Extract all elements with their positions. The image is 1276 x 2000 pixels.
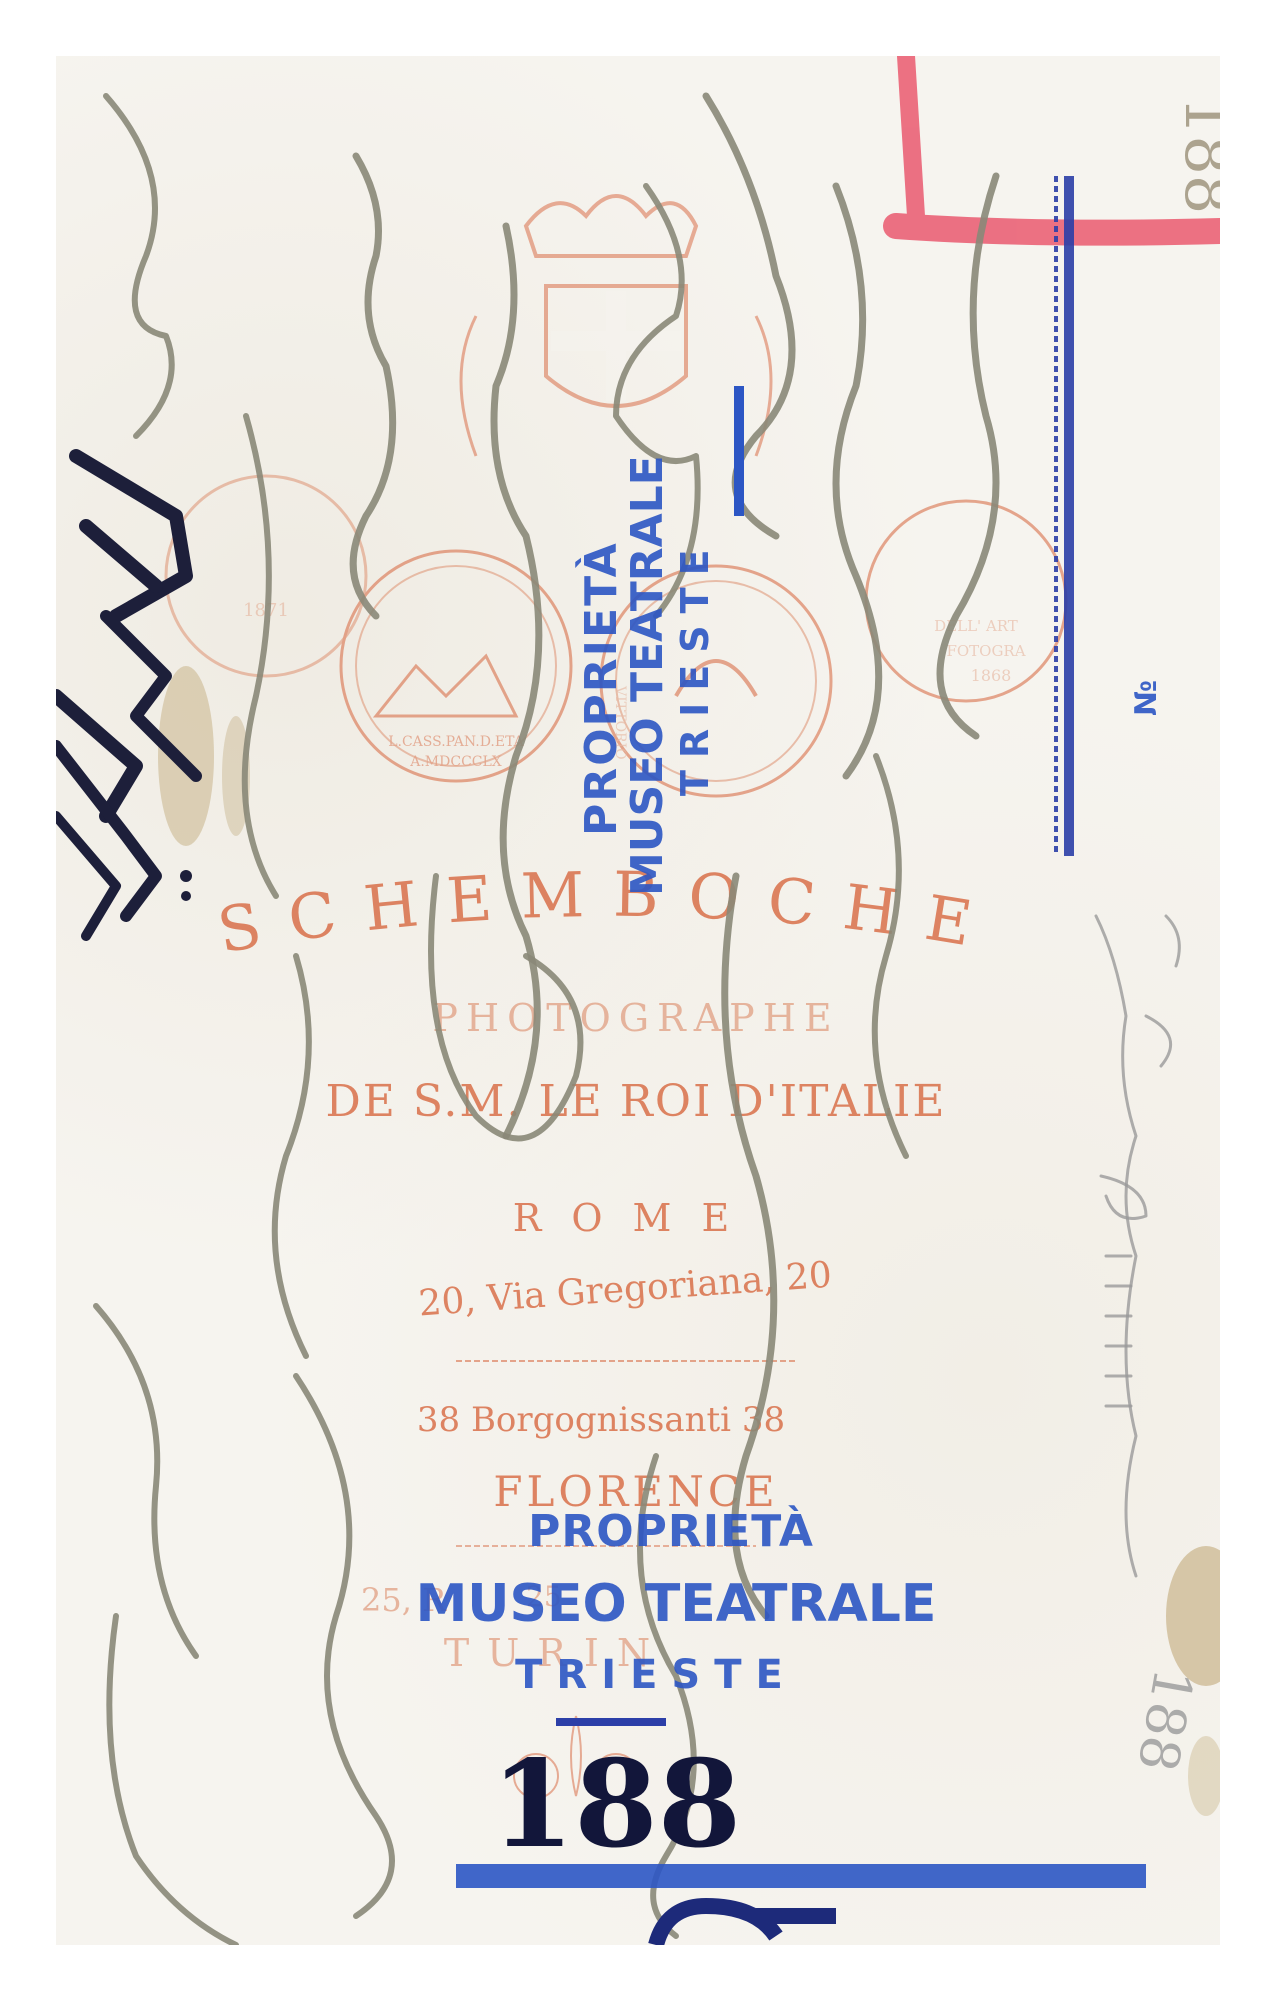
svg-text:TRIESTE: TRIESTE — [673, 537, 717, 796]
address-florence: 38 Borgognissanti 38 — [417, 1400, 785, 1440]
svg-text:PROPRIETÀ: PROPRIETÀ — [574, 541, 627, 836]
svg-text:TRIESTE: TRIESTE — [515, 1652, 797, 1698]
paper-stains — [158, 666, 1220, 1816]
svg-text:MUSEO TEATRALE: MUSEO TEATRALE — [622, 455, 673, 896]
card-artwork: 1871 1868 FOTOGRA DELL' ART L.CASS.PAN.D… — [56, 56, 1220, 1945]
photo-card-verso: 1871 1868 FOTOGRA DELL' ART L.CASS.PAN.D… — [56, 56, 1220, 1945]
photographer-title: PHOTOGRAPHE — [432, 996, 839, 1040]
royal-warrant: DE S.M. LE ROI D'ITALIE — [325, 1076, 946, 1127]
blue-vertical-rule — [1056, 176, 1069, 856]
svg-text:MUSEO TEATRALE: MUSEO TEATRALE — [416, 1574, 937, 1634]
cut-off-ink-mark — [656, 1906, 836, 1945]
svg-text:FOTOGRA: FOTOGRA — [946, 642, 1025, 660]
pencil-annotation-right — [1096, 916, 1179, 1576]
city-rome: ROME — [513, 1196, 759, 1240]
museum-stamp-bottom: PROPRIETÀ MUSEO TEATRALE TRIESTE — [416, 1504, 937, 1726]
svg-text:PROPRIETÀ: PROPRIETÀ — [528, 1504, 814, 1557]
numero-mark: № — [1129, 680, 1164, 716]
svg-text:A.MDCCCLX: A.MDCCCLX — [409, 754, 502, 770]
svg-text:1868: 1868 — [971, 666, 1012, 685]
inventory-number-main: 188 — [491, 1734, 742, 1875]
blue-underline — [456, 1864, 1146, 1888]
inventory-number-top-right: 188 — [1171, 96, 1220, 214]
svg-text:L.CASS.PAN.D.ETA: L.CASS.PAN.D.ETA — [388, 734, 524, 750]
museum-stamp-top: PROPRIETÀ MUSEO TEATRALE TRIESTE — [574, 386, 744, 896]
